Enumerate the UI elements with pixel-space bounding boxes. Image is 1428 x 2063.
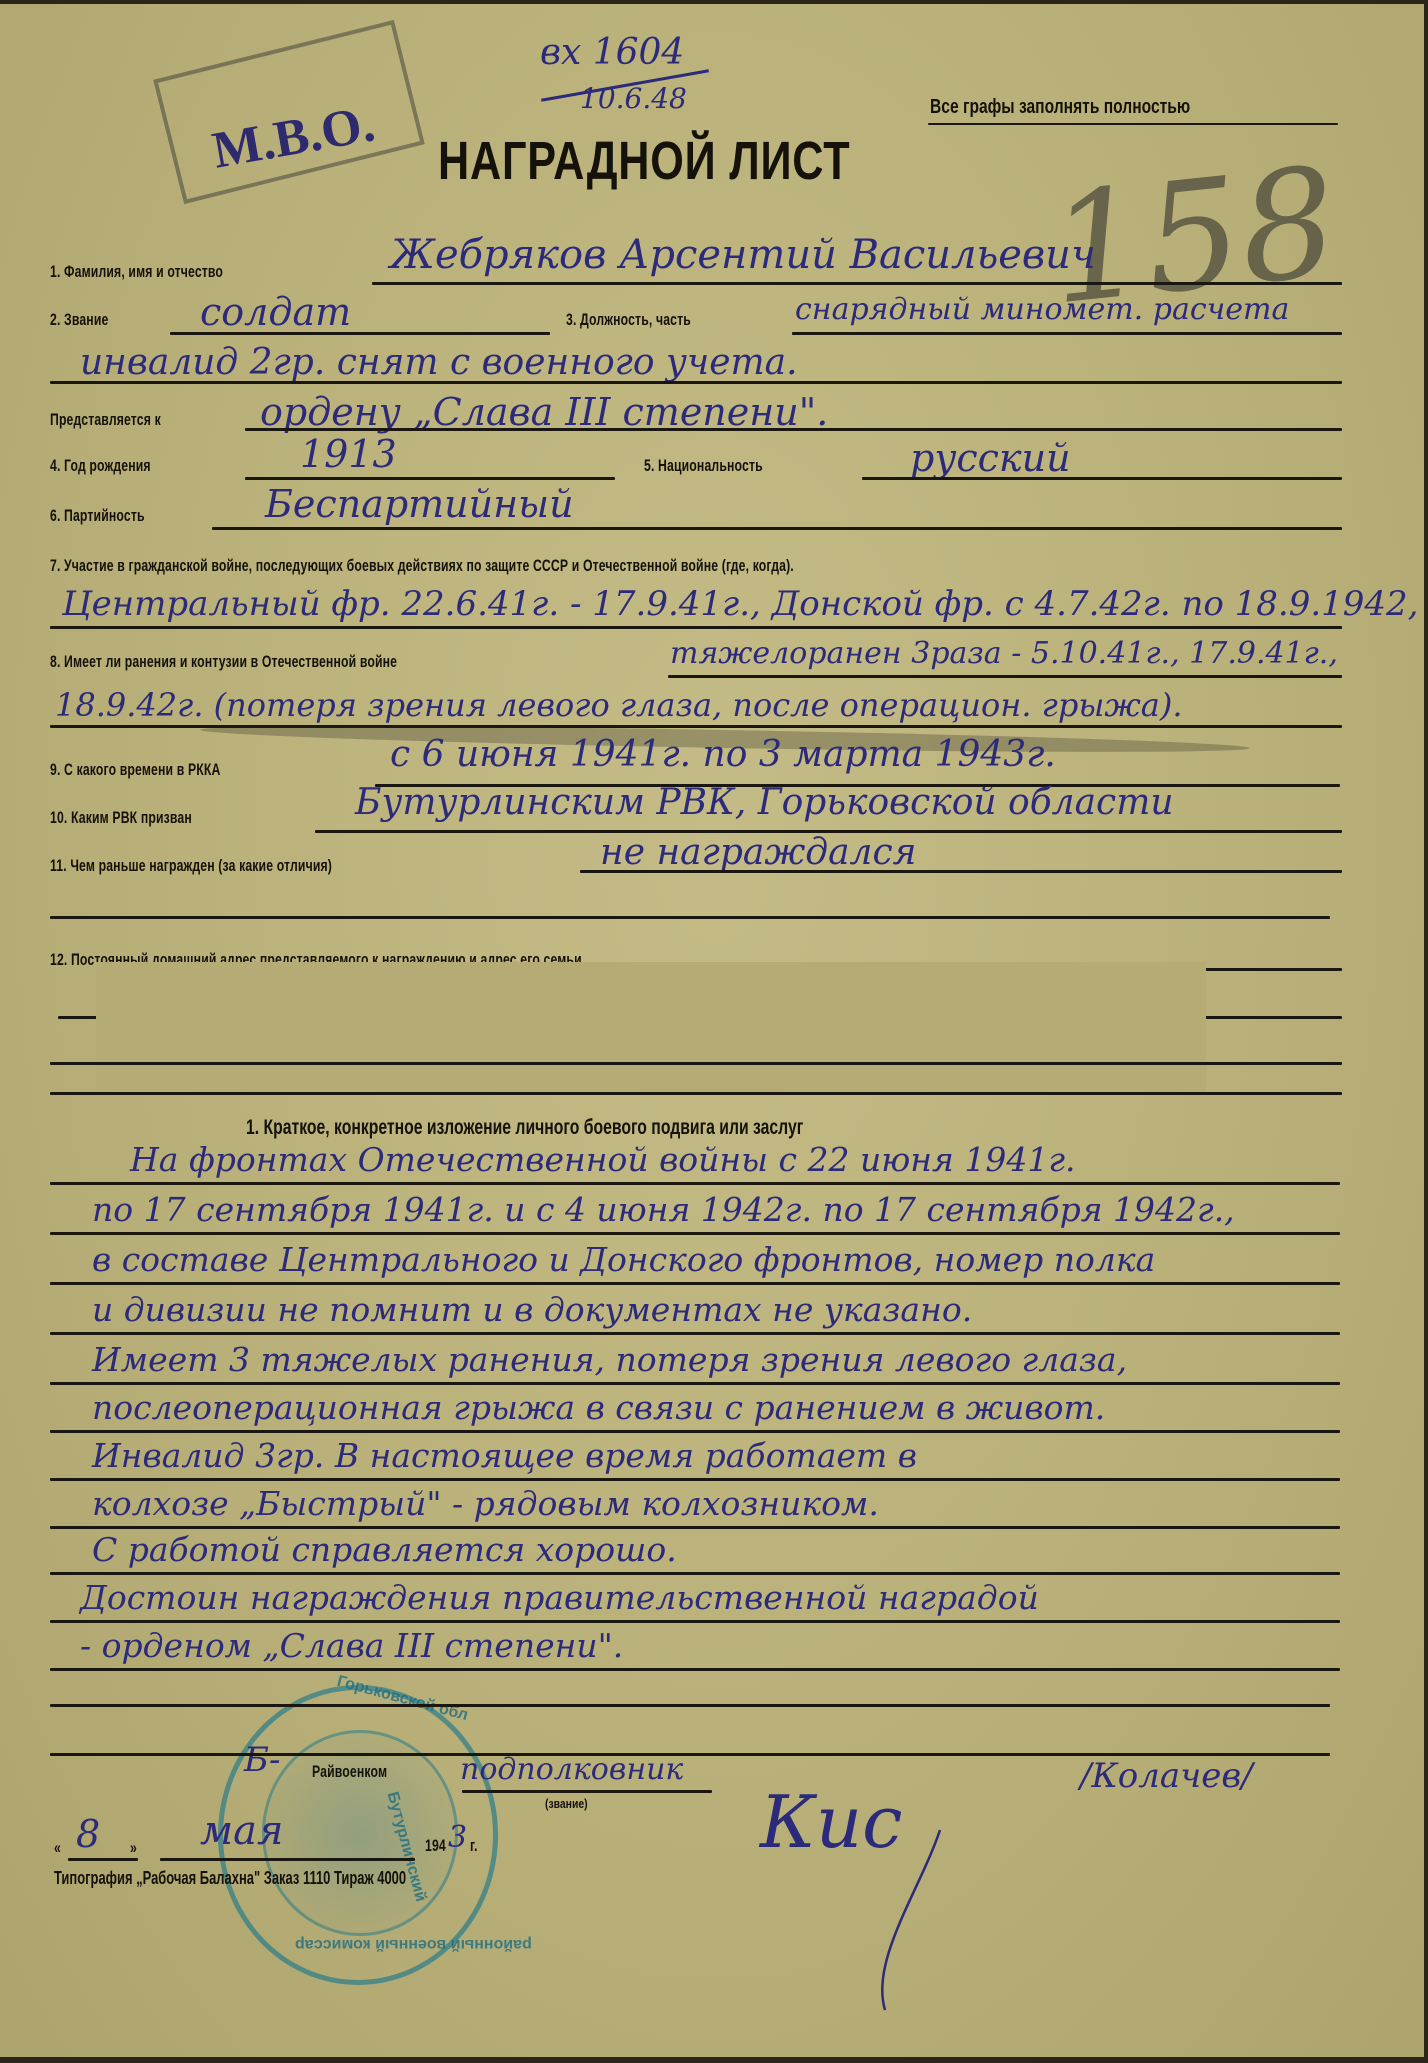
role-prefix: Б-	[244, 1740, 280, 1780]
field-6-label: 6. Партийность	[50, 506, 145, 526]
section-rule	[50, 1620, 1340, 1623]
field-2-value: солдат	[200, 290, 351, 334]
signature-rank: подполковник	[460, 1752, 683, 1787]
signature-role: Райвоенком	[312, 1762, 387, 1782]
signature-line-1	[50, 1704, 1330, 1707]
section-line: С работой справляется хорошо.	[92, 1530, 677, 1569]
field-11-line-2	[50, 916, 1330, 919]
redacted-address	[96, 962, 1206, 1092]
field-8-label: 8. Имеет ли ранения и контузии в Отечест…	[50, 652, 397, 672]
seal-emblem	[262, 1730, 458, 1936]
field-9-value: с 6 июня 1941г. по 3 марта 1943г.	[390, 734, 1056, 775]
section-rule	[50, 1430, 1340, 1433]
field-5-value: русский	[910, 436, 1071, 480]
printer-imprint: Типография „Рабочая Балахна" Заказ 1110 …	[54, 1868, 406, 1889]
rank-caption: (звание)	[545, 1796, 588, 1811]
field-3-line-2	[50, 381, 1342, 384]
page-title: НАГРАДНОЙ ЛИСТ	[438, 130, 850, 192]
section-line: в составе Центрального и Донского фронто…	[92, 1240, 1155, 1279]
field-1-line	[372, 282, 1342, 285]
section-rule	[50, 1332, 1340, 1335]
seal-bottom-text: районный военный комиссар	[295, 1935, 532, 1953]
field-7-label: 7. Участие в гражданской войне, последую…	[50, 556, 794, 576]
section-rule	[50, 1182, 1340, 1185]
field-6-value: Беспартийный	[265, 482, 574, 526]
field-3-value-continued: инвалид 2гр. снят с военного учета.	[80, 342, 798, 383]
section-heading: 1. Краткое, конкретное изложение личного…	[246, 1116, 803, 1140]
field-6-line	[212, 527, 1342, 530]
presented-label: Представляется к	[50, 410, 161, 430]
date-suffix: г.	[470, 1836, 478, 1856]
signature-line-2	[50, 1753, 1330, 1756]
field-11-label: 11. Чем раньше награжден (за какие отлич…	[50, 856, 332, 876]
field-2-line	[170, 332, 550, 335]
date-close-quote: »	[130, 1838, 137, 1858]
section-rule	[50, 1478, 1340, 1481]
field-4-label: 4. Год рождения	[50, 456, 151, 476]
section-line: и дивизии не помнит и в документах не ук…	[92, 1290, 972, 1329]
field-3-value: снарядный миномет. расчета	[795, 292, 1289, 327]
date-month-line	[160, 1858, 415, 1861]
presented-line	[245, 428, 1342, 431]
date-open-quote: «	[54, 1838, 61, 1858]
field-5-line	[862, 477, 1342, 480]
field-8-value-continued: 18.9.42г. (потеря зрения левого глаза, п…	[55, 686, 1182, 724]
section-rule	[50, 1232, 1340, 1235]
section-line: колхозе „Быстрый" - рядовым колхозником.	[92, 1484, 879, 1523]
date-day: 8	[76, 1812, 100, 1856]
field-1-label: 1. Фамилия, имя и отчество	[50, 262, 223, 282]
field-4-value: 1913	[300, 432, 397, 476]
field-5-label: 5. Национальность	[644, 456, 763, 476]
fill-instruction: Все графы заполнять полностью	[930, 96, 1190, 119]
date-day-line	[68, 1858, 138, 1861]
instruction-underline	[928, 123, 1338, 125]
field-10-value: Бутурлинским РВК, Горьковской области	[355, 782, 1174, 823]
field-1-value: Жебряков Арсентий Васильевич	[390, 232, 1096, 278]
signature-tail	[860, 1820, 960, 2020]
section-line: На фронтах Отечественной войны с 22 июня…	[130, 1140, 1076, 1179]
section-rule	[50, 1282, 1340, 1285]
section-rule	[50, 1382, 1340, 1385]
section-line: по 17 сентября 1941г. и с 4 июня 1942г. …	[92, 1190, 1235, 1229]
section-line: Имеет 3 тяжелых ранения, потеря зрения л…	[92, 1340, 1127, 1379]
rank-line	[462, 1790, 712, 1793]
section-rule	[50, 1572, 1340, 1575]
date-year-hand: 3	[448, 1820, 467, 1855]
date-year-printed: 194	[425, 1836, 446, 1856]
field-12-line-3	[50, 1062, 1342, 1065]
field-8-value: тяжелоранен 3раза - 5.10.41г., 17.9.41г.…	[670, 636, 1338, 671]
section-rule	[50, 1526, 1340, 1529]
field-7-value: Центральный фр. 22.6.41г. - 17.9.41г., Д…	[62, 584, 1418, 624]
incoming-number: вх 1604	[540, 32, 684, 73]
field-9-label: 9. С какого времени в РККА	[50, 760, 220, 780]
section-line: послеоперационная грыжа в связи с ранени…	[92, 1388, 1105, 1427]
section-line: - орденом „Слава III степени".	[80, 1626, 623, 1665]
section-rule	[50, 1668, 1340, 1671]
incoming-date: 10.6.48	[580, 82, 687, 115]
signatory-name: /Колачев/	[1080, 1756, 1253, 1796]
scan-border-bottom	[0, 2057, 1428, 2063]
field-4-line	[245, 477, 615, 480]
section-line: Достоин награждения правительственной на…	[80, 1578, 1039, 1617]
scan-border-right	[1424, 0, 1428, 2063]
field-7-line	[50, 626, 1342, 629]
date-month: мая	[200, 1808, 284, 1854]
scan-border-top	[0, 0, 1428, 4]
field-3-line	[792, 332, 1342, 335]
section-line: Инвалид 3гр. В настоящее время работает …	[92, 1436, 917, 1475]
field-2-label: 2. Звание	[50, 310, 108, 330]
field-10-label: 10. Каким РВК призван	[50, 808, 192, 828]
field-11-line	[580, 870, 1342, 873]
field-11-value: не награждался	[600, 832, 916, 873]
field-8-line	[668, 675, 1342, 678]
field-3-label: 3. Должность, часть	[566, 310, 691, 330]
field-12-line-4	[50, 1092, 1342, 1095]
